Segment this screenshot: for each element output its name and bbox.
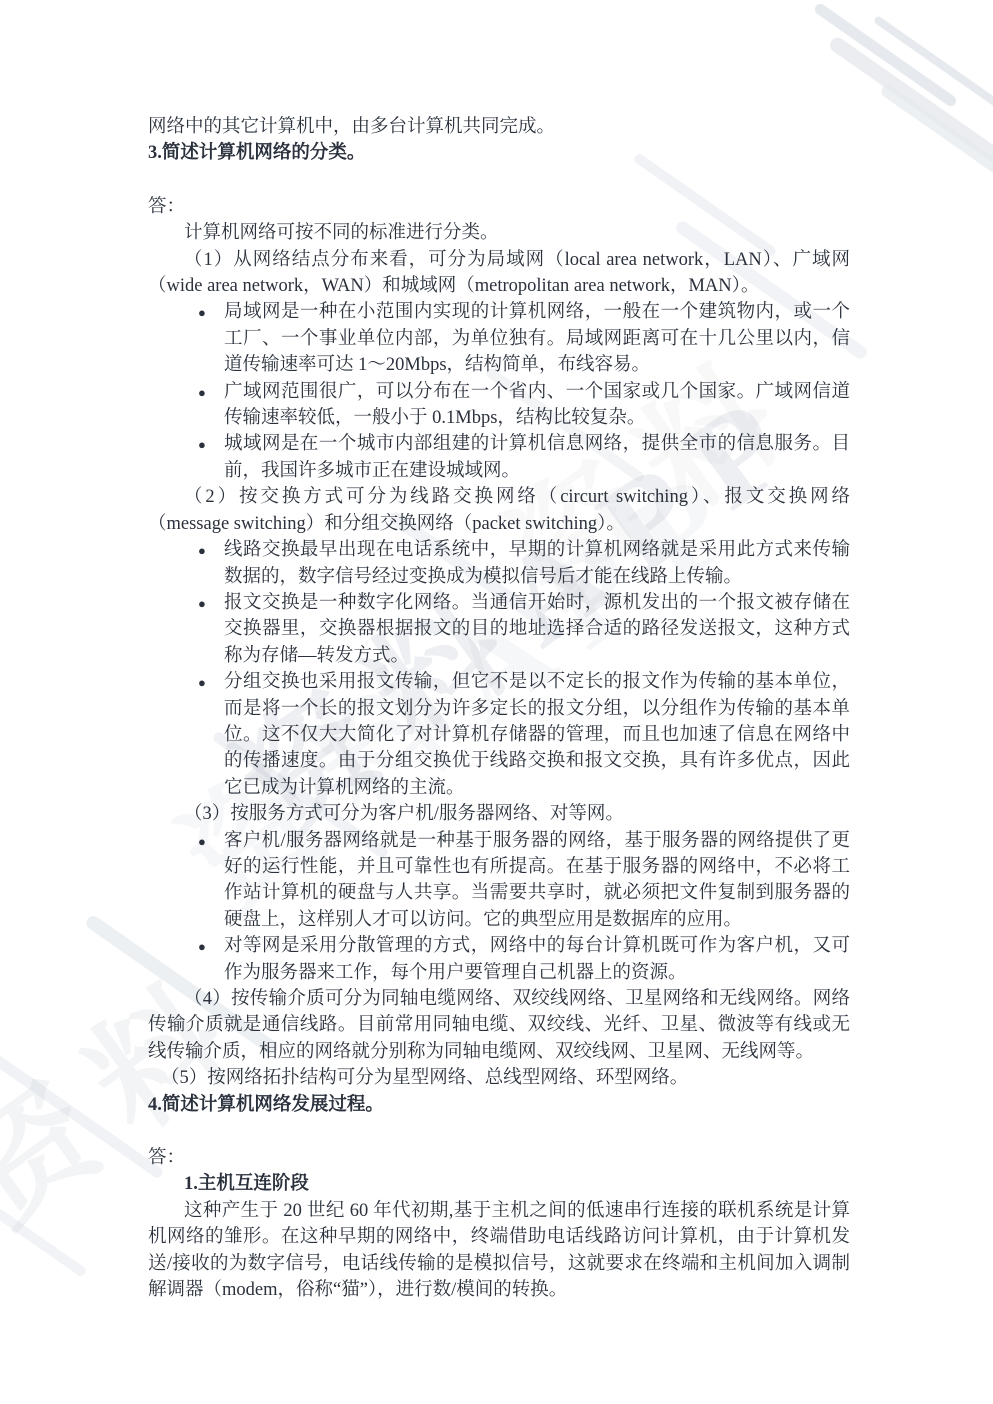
watermark-streak	[0, 1172, 87, 1278]
question3-answer-label: 答：	[148, 194, 850, 220]
list-item: ● 线路交换最早出现在电话系统中，早期的计算机网络就是采用此方式来传输数据的，数…	[148, 537, 850, 590]
watermark-streak	[813, 2, 959, 109]
bullet-icon: ●	[198, 670, 206, 696]
previous-paragraph-continuation: 网络中的其它计算机中，由多台计算机共同完成。	[148, 114, 850, 140]
question3-heading: 3.简述计算机网络的分类。	[148, 140, 850, 166]
bullet-icon: ●	[198, 934, 206, 960]
spacer	[148, 1118, 850, 1145]
watermark-streak	[827, 35, 993, 171]
question3-item1: （1）从网络结点分布来看，可分为局域网（local area network，L…	[148, 247, 850, 300]
list-item: ● 局域网是一种在小范围内实现的计算机网络，一般在一个建筑物内，或一个工厂、一个…	[148, 299, 850, 378]
question3-item2: （2）按交换方式可分为线路交换网络（circurt switching）、报文交…	[148, 484, 850, 537]
list-item: ● 广域网范围很广，可以分布在一个省内、一个国家或几个国家。广域网信道传输速率较…	[148, 379, 850, 432]
list-item-text: 客户机/服务器网络就是一种基于服务器的网络，基于服务器的网络提供了更好的运行性能…	[224, 831, 850, 930]
question3-item3-bullet-list: ● 客户机/服务器网络就是一种基于服务器的网络，基于服务器的网络提供了更好的运行…	[148, 828, 850, 986]
list-item: ● 对等网是采用分散管理的方式，网络中的每台计算机既可作为客户机，又可作为服务器…	[148, 933, 850, 986]
bullet-icon: ●	[198, 538, 206, 564]
question4-heading: 4.简述计算机网络发展过程。	[148, 1092, 850, 1118]
question3-item4: （4）按传输介质可分为同轴电缆网络、双绞线网络、卫星网络和无线网络。网络传输介质…	[148, 986, 850, 1065]
spacer	[148, 167, 850, 194]
watermark-streak	[879, 82, 993, 207]
bullet-icon: ●	[198, 380, 206, 406]
page-content: 网络中的其它计算机中，由多台计算机共同完成。 3.简述计算机网络的分类。 答： …	[148, 114, 850, 1303]
list-item: ● 客户机/服务器网络就是一种基于服务器的网络，基于服务器的网络提供了更好的运行…	[148, 828, 850, 934]
question4-stage1-paragraph: 这种产生于 20 世纪 60 年代初期,基于主机之间的低速串行连接的联机系统是计…	[148, 1198, 850, 1304]
list-item: ● 分组交换也采用报文传输，但它不是以不定长的报文作为传输的基本单位，而是将一个…	[148, 669, 850, 801]
question3-item1-bullet-list: ● 局域网是一种在小范围内实现的计算机网络，一般在一个建筑物内，或一个工厂、一个…	[148, 299, 850, 484]
question3-item2-bullet-list: ● 线路交换最早出现在电话系统中，早期的计算机网络就是采用此方式来传输数据的，数…	[148, 537, 850, 801]
list-item-text: 广域网范围很广，可以分布在一个省内、一个国家或几个国家。广域网信道传输速率较低，…	[224, 382, 850, 428]
list-item-text: 城域网是在一个城市内部组建的计算机信息网络，提供全市的信息服务。目前，我国许多城…	[224, 434, 850, 480]
watermark-streak	[873, 15, 993, 125]
bullet-icon: ●	[198, 300, 206, 326]
question4-stage1-heading: 1.主机互连阶段	[148, 1171, 850, 1197]
list-item-text: 报文交换是一种数字化网络。当通信开始时，源机发出的一个报文被存储在交换器里，交换…	[224, 593, 850, 666]
question3-item5: （5）按网络拓扑结构可分为星型网络、总线型网络、环型网络。	[148, 1065, 850, 1091]
bullet-icon: ●	[198, 432, 206, 458]
list-item-text: 局域网是一种在小范围内实现的计算机网络，一般在一个建筑物内，或一个工厂、一个事业…	[224, 302, 850, 375]
list-item: ● 报文交换是一种数字化网络。当通信开始时，源机发出的一个报文被存储在交换器里，…	[148, 590, 850, 669]
question4-answer-label: 答：	[148, 1145, 850, 1171]
watermark-streak	[0, 1050, 165, 1179]
list-item: ● 城域网是在一个城市内部组建的计算机信息网络，提供全市的信息服务。目前，我国许…	[148, 431, 850, 484]
bullet-icon: ●	[198, 829, 206, 855]
question3-item3: （3）按服务方式可分为客户机/服务器网络、对等网。	[148, 801, 850, 827]
list-item-text: 对等网是采用分散管理的方式，网络中的每台计算机既可作为客户机，又可作为服务器来工…	[224, 936, 850, 982]
bullet-icon: ●	[198, 591, 206, 617]
list-item-text: 分组交换也采用报文传输，但它不是以不定长的报文作为传输的基本单位，而是将一个长的…	[224, 672, 850, 798]
document-page: 资料APP 资料APP 资料 资料 网络中的其它计算机中，由多台计算机共同完成。…	[0, 0, 993, 1404]
list-item-text: 线路交换最早出现在电话系统中，早期的计算机网络就是采用此方式来传输数据的，数字信…	[224, 540, 850, 586]
question3-intro: 计算机网络可按不同的标准进行分类。	[148, 220, 850, 246]
